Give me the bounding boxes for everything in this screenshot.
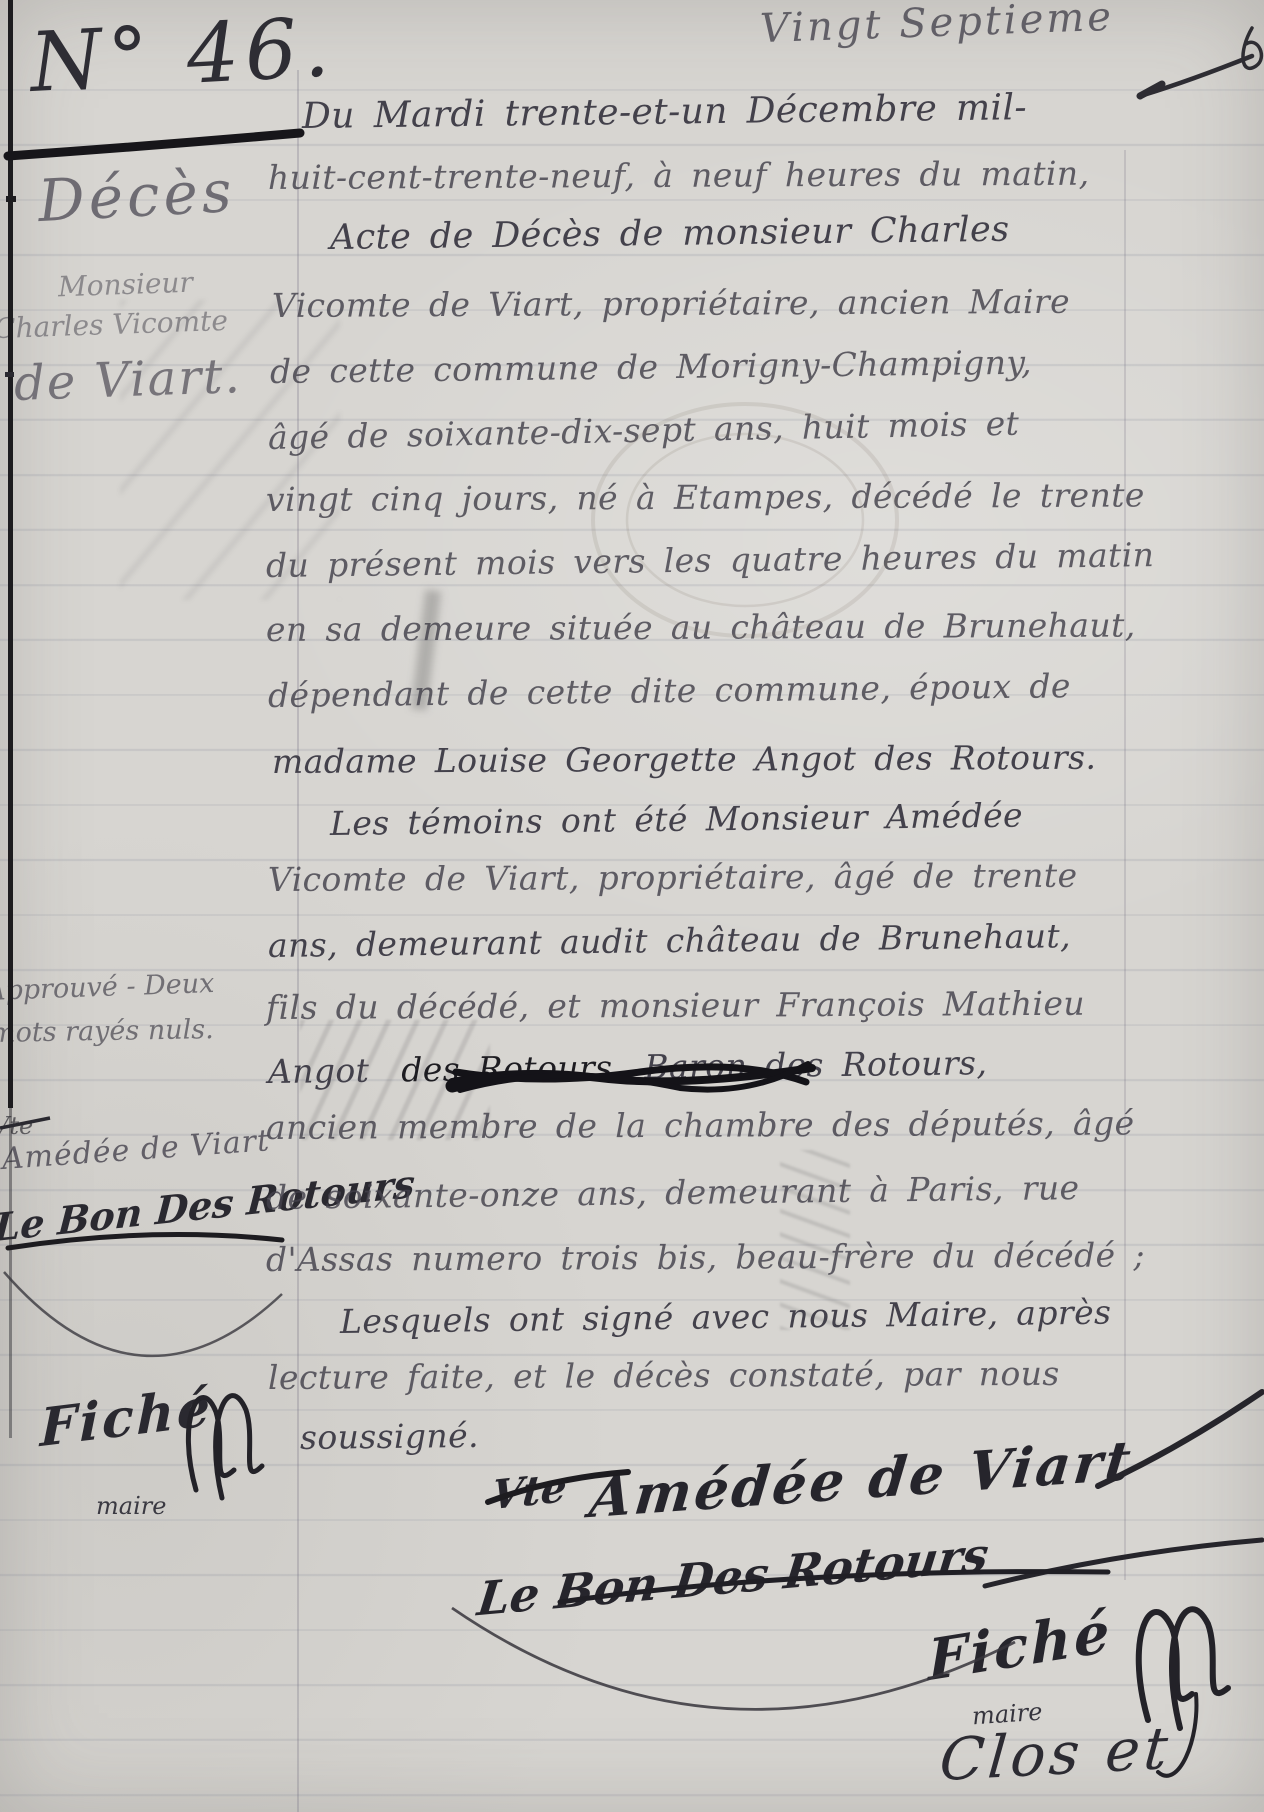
- right-margin-rule: [1124, 150, 1126, 1580]
- act-line-5: de cette commune de Morigny-Champigny,: [270, 343, 1032, 391]
- act-line-3: Acte de Décès de monsieur Charles: [330, 210, 1010, 258]
- margin-deceased-line: Charles Vicomte: [0, 304, 228, 345]
- act-line-19: d'Assas numero trois bis, beau-frère du …: [266, 1235, 1145, 1279]
- signature-viart-prefix: Vte: [489, 1464, 569, 1520]
- margin-signature-viart-prefix: Vte: [0, 1112, 33, 1140]
- margin-deceased-line: Monsieur: [57, 266, 193, 304]
- act-number: N° 46.: [28, 0, 338, 111]
- margin-title-deces: Décès: [36, 157, 237, 235]
- act-line-10: dépendant de cette dite commune, époux d…: [268, 666, 1071, 715]
- signature-maire: Fiché: [927, 1599, 1112, 1695]
- act-line-2: huit-cent-trente-neuf, à neuf heures du …: [268, 154, 1090, 197]
- closing-text: Clos et: [937, 1714, 1174, 1795]
- act-line-8: du présent mois vers les quatre heures d…: [266, 535, 1155, 585]
- margin-deceased-line: de Viart.: [13, 348, 242, 412]
- act-line-6: âgé de soixante-dix-sept ans, huit mois …: [268, 404, 1020, 457]
- act-number-underline: [8, 133, 300, 156]
- pen-squiggle-mark: [1140, 28, 1261, 96]
- act-line-16-struck-words: des Rotours: [401, 1048, 613, 1090]
- signature-viart: Amédée de Viart: [587, 1428, 1137, 1531]
- act-line-12: Les témoins ont été Monsieur Amédée: [330, 796, 1023, 843]
- approval-note-line: mots rayés nuls.: [0, 1014, 214, 1049]
- act-line-15: fils du décédé, et monsieur François Mat…: [266, 984, 1085, 1027]
- margin-signature-maire: Fiché: [39, 1376, 213, 1459]
- act-line-20: Lesquels ont signé avec nous Maire, aprè…: [340, 1293, 1112, 1341]
- page-number-header: Vingt Septieme: [759, 0, 1114, 52]
- scanned-register-page: Vingt Septieme N° 46. Décès Monsieur Cha…: [0, 0, 1264, 1812]
- act-line-7: vingt cinq jours, né à Etampes, décédé l…: [266, 475, 1145, 519]
- signature-rotours: Le Bon Des Rotours: [475, 1527, 992, 1626]
- act-line-16-pre: Angot: [268, 1051, 370, 1091]
- act-line-13: Vicomte de Viart, propriétaire, âgé de t…: [268, 856, 1078, 899]
- act-line-16-post: Baron des Rotours,: [644, 1043, 987, 1086]
- act-line-9: en sa demeure située au château de Brune…: [266, 605, 1136, 649]
- act-line-4: Vicomte de Viart, propriétaire, ancien M…: [272, 282, 1070, 325]
- act-line-22: soussigné.: [300, 1416, 479, 1457]
- approval-note-line: Approuvé - Deux: [0, 968, 215, 1007]
- margin-maire-title: maire: [96, 1492, 166, 1520]
- act-line-21: lecture faite, et le décès constaté, par…: [268, 1354, 1060, 1397]
- margin-signature-viart: Amédée de Viart: [1, 1123, 271, 1177]
- act-line-17: ancien membre de la chambre des députés,…: [266, 1103, 1135, 1147]
- margin-rotours-swoosh: [4, 1272, 282, 1356]
- act-line-11: madame Louise Georgette Angot des Rotour…: [272, 738, 1097, 781]
- act-line-14: ans, demeurant audit château de Brunehau…: [268, 916, 1071, 965]
- act-line-1: Du Mardi trente-et-un Décembre mil-: [302, 87, 1027, 137]
- act-line-16: Angot des Rotours Baron des Rotours,: [268, 1043, 988, 1091]
